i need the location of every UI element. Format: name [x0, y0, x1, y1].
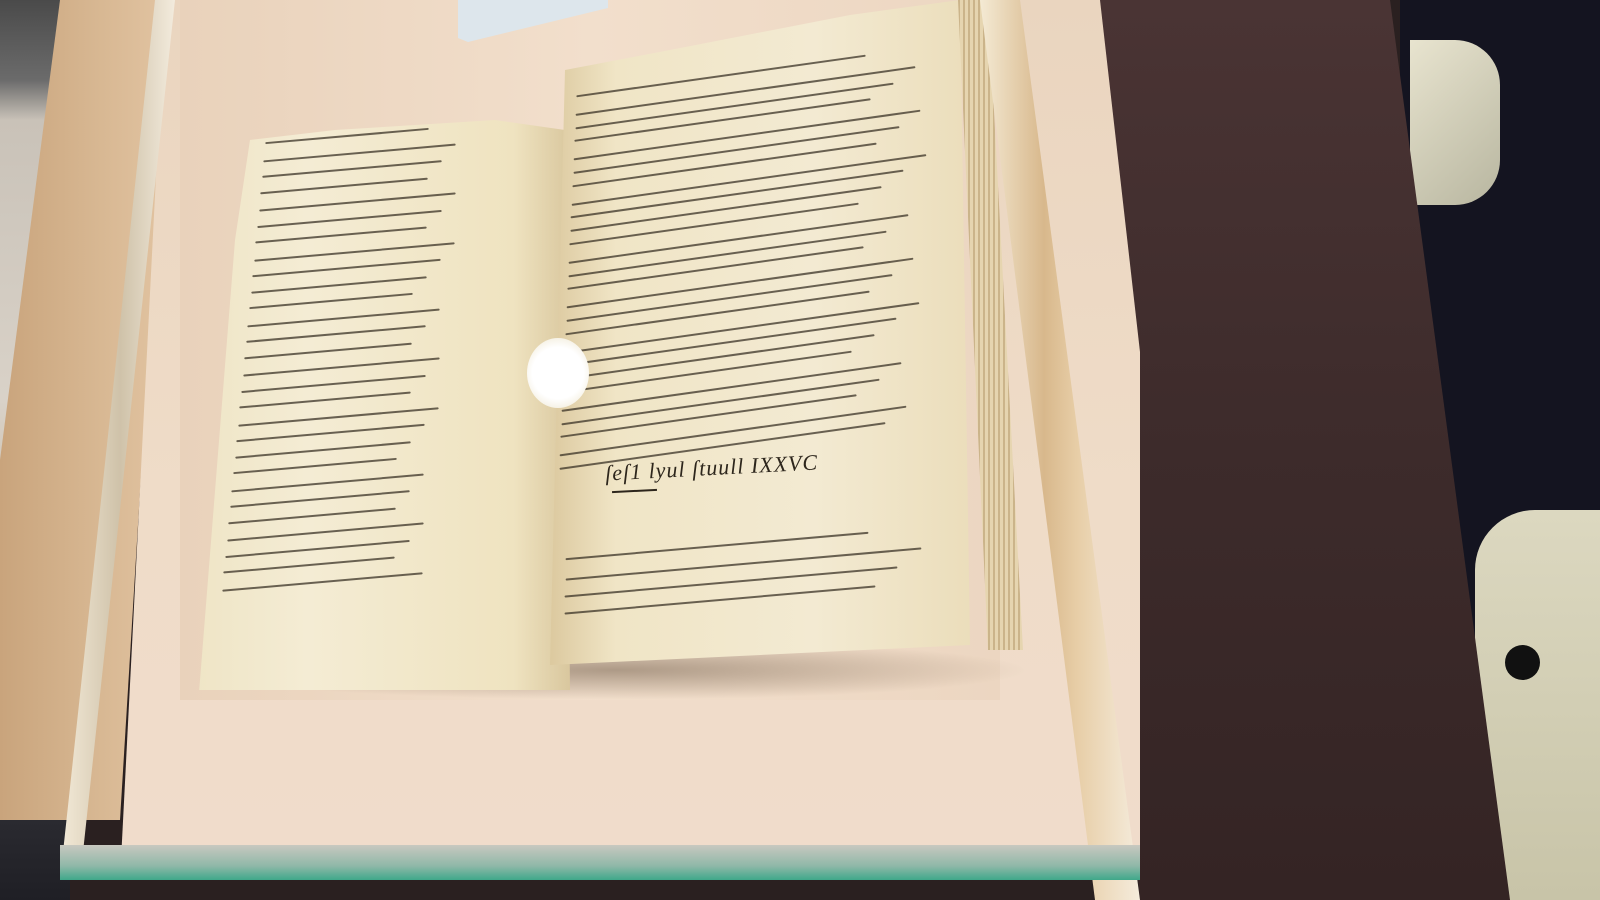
light-glare [527, 338, 589, 408]
chair-seat-top [1410, 40, 1500, 205]
chair-knob [1505, 645, 1540, 680]
glass-front-edge [60, 845, 1140, 880]
